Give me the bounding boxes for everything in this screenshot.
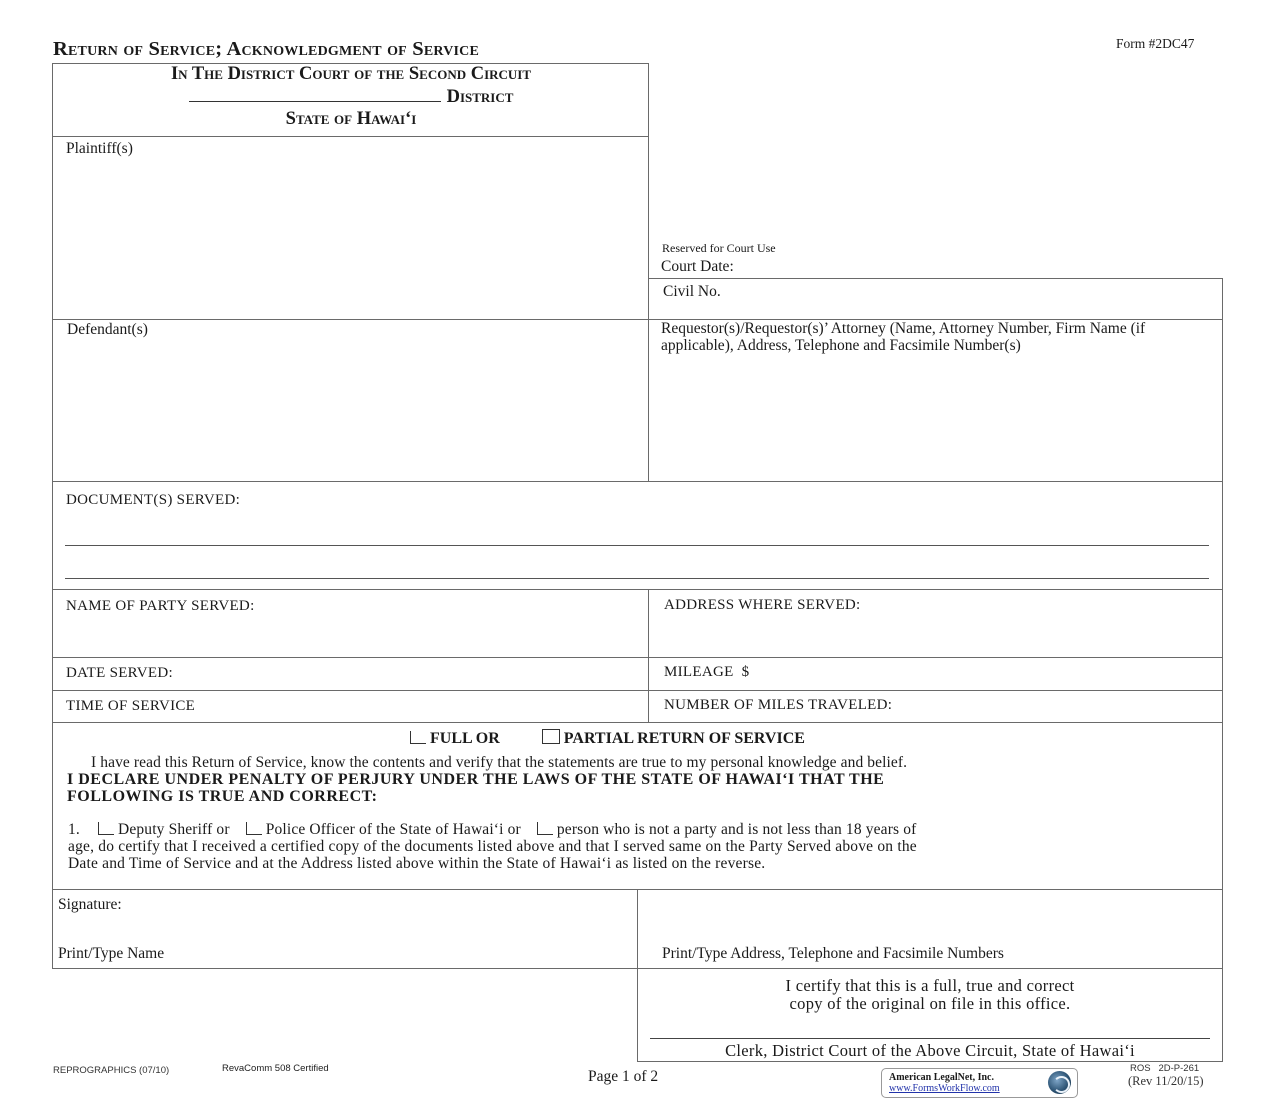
date-served-label: DATE SERVED: bbox=[66, 665, 173, 682]
defendants-label: Defendant(s) bbox=[67, 321, 148, 339]
requestor-label: Requestor(s)/Requestor(s)’ Attorney (Nam… bbox=[661, 321, 1201, 354]
clerk-signature-line[interactable] bbox=[650, 1038, 1210, 1039]
civil-no-label: Civil No. bbox=[663, 283, 721, 301]
divider bbox=[52, 722, 1223, 723]
court-district: District bbox=[53, 87, 649, 108]
documents-served-label: DOCUMENT(S) SERVED: bbox=[66, 492, 240, 509]
divider bbox=[52, 657, 1223, 658]
page-number: Page 1 of 2 bbox=[588, 1068, 658, 1086]
divider bbox=[52, 481, 53, 890]
server-type-row: 1. Deputy Sheriff or Police Officer of t… bbox=[68, 821, 916, 839]
partial-return-label: PARTIAL RETURN OF SERVICE bbox=[564, 730, 805, 747]
partial-return-checkbox[interactable] bbox=[542, 729, 560, 744]
plaintiffs-field[interactable] bbox=[53, 160, 647, 318]
time-of-service-label: TIME OF SERVICE bbox=[66, 698, 195, 715]
time-of-service-field[interactable] bbox=[245, 692, 645, 721]
divider bbox=[637, 1061, 1223, 1062]
plaintiffs-label: Plaintiff(s) bbox=[66, 140, 133, 158]
signature-label: Signature: bbox=[58, 896, 122, 914]
district-blank-field[interactable] bbox=[189, 87, 441, 102]
divider bbox=[1222, 889, 1223, 1062]
mileage-field[interactable] bbox=[790, 659, 1220, 689]
miles-traveled-label: NUMBER OF MILES TRAVELED: bbox=[664, 697, 892, 714]
vendor-name: American LegalNet, Inc. bbox=[889, 1072, 994, 1083]
full-return-checkbox[interactable] bbox=[410, 731, 426, 744]
form-title: Return of Service; Acknowledgment of Ser… bbox=[53, 38, 479, 61]
documents-line-1[interactable] bbox=[65, 545, 1209, 546]
form-code: ROS 2D-P-261 bbox=[1130, 1063, 1199, 1074]
court-state: State of Hawai‘i bbox=[53, 109, 649, 130]
clerk-label: Clerk, District Court of the Above Circu… bbox=[638, 1041, 1222, 1061]
revacomm-label: RevaComm 508 Certified bbox=[222, 1063, 329, 1074]
requestor-field[interactable] bbox=[650, 372, 1220, 479]
divider bbox=[648, 278, 1223, 279]
non-party-person-label: person who is not a party and is not les… bbox=[557, 821, 917, 838]
party-served-field[interactable] bbox=[53, 620, 647, 656]
declaration-line-2: age, do certify that I received a certif… bbox=[68, 838, 917, 856]
signature-field[interactable] bbox=[150, 891, 630, 931]
divider bbox=[1222, 481, 1223, 890]
divider bbox=[52, 589, 1223, 590]
declaration-line-3: Date and Time of Service and at the Addr… bbox=[68, 855, 765, 873]
divider bbox=[52, 319, 649, 320]
globe-icon bbox=[1048, 1071, 1071, 1094]
divider bbox=[52, 889, 53, 969]
perjury-line-2: FOLLOWING IS TRUE AND CORRECT: bbox=[67, 788, 377, 806]
police-officer-checkbox[interactable] bbox=[246, 822, 262, 835]
reprographics-code: REPROGRAPHICS (07/10) bbox=[53, 1065, 169, 1076]
vendor-url-link[interactable]: www.FormsWorkFlow.com bbox=[889, 1083, 1000, 1094]
address-served-label: ADDRESS WHERE SERVED: bbox=[664, 597, 861, 614]
deputy-sheriff-checkbox[interactable] bbox=[98, 822, 114, 835]
non-party-person-checkbox[interactable] bbox=[537, 822, 553, 835]
miles-traveled-field[interactable] bbox=[980, 692, 1220, 721]
item-number: 1. bbox=[68, 821, 80, 838]
full-return-label: FULL OR bbox=[430, 730, 500, 747]
deputy-sheriff-label: Deputy Sheriff or bbox=[118, 821, 230, 838]
police-officer-label: Police Officer of the State of Hawai‘i o… bbox=[266, 821, 521, 838]
perjury-line-1: I DECLARE UNDER PENALTY OF PERJURY UNDER… bbox=[67, 771, 884, 789]
print-address-field[interactable] bbox=[640, 891, 1220, 939]
defendants-field[interactable] bbox=[53, 342, 647, 479]
mileage-label: MILEAGE $ bbox=[664, 664, 750, 681]
district-label: District bbox=[447, 87, 514, 107]
divider bbox=[52, 136, 649, 137]
court-date-label: Court Date: bbox=[661, 258, 734, 276]
form-number: Form #2DC47 bbox=[1116, 36, 1194, 52]
print-name-label: Print/Type Name bbox=[58, 945, 164, 963]
divider bbox=[1222, 278, 1223, 481]
party-served-label: NAME OF PARTY SERVED: bbox=[66, 598, 255, 615]
certification-line-1: I certify that this is a full, true and … bbox=[638, 976, 1222, 996]
certification-line-2: copy of the original on file in this off… bbox=[638, 994, 1222, 1014]
return-type-row: FULL OR PARTIAL RETURN OF SERVICE bbox=[410, 729, 805, 748]
print-address-label: Print/Type Address, Telephone and Facsim… bbox=[662, 945, 1004, 963]
date-served-field[interactable] bbox=[215, 659, 645, 689]
declaration-intro: I have read this Return of Service, know… bbox=[91, 754, 907, 772]
civil-no-field[interactable] bbox=[760, 280, 1220, 318]
vendor-logo[interactable]: American LegalNet, Inc. www.FormsWorkFlo… bbox=[881, 1068, 1078, 1098]
address-served-field[interactable] bbox=[650, 620, 1220, 656]
revision-date: (Rev 11/20/15) bbox=[1128, 1074, 1204, 1089]
divider bbox=[52, 968, 1223, 969]
documents-line-2[interactable] bbox=[65, 578, 1209, 579]
divider bbox=[648, 589, 649, 722]
divider bbox=[52, 690, 1223, 691]
reserved-label: Reserved for Court Use bbox=[662, 241, 776, 256]
divider bbox=[52, 481, 1223, 482]
court-name: In The District Court of the Second Circ… bbox=[53, 64, 649, 85]
